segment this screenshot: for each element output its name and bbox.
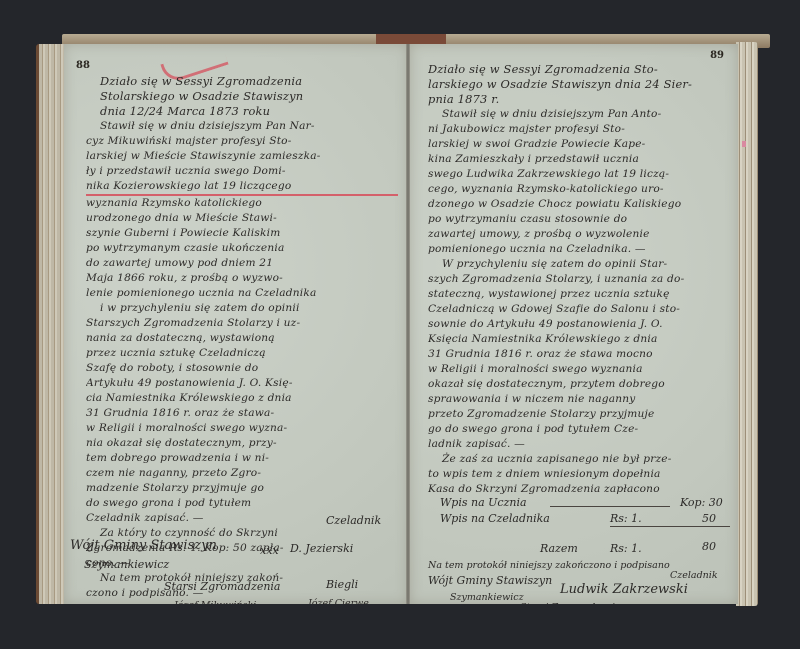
left-text-line: Artykułu 49 postanowienia J. O. Księ- (86, 376, 398, 391)
witness-signature-1: Józef Cierwe... (308, 598, 378, 604)
right-text-line: 31 Grudnia 1816 r. oraz że stawa mocno (428, 347, 728, 362)
wojt-signature-right: Wójt Gminy Stawiszyn (428, 574, 552, 587)
right-text-line: W przychyleniu się zatem do opinii Star- (428, 257, 728, 272)
left-text-line: i w przychyleniu się zatem do opinii (86, 301, 398, 316)
left-text-line: dnia 12/24 Marca 1873 roku (86, 104, 398, 119)
right-page-stack (736, 42, 758, 606)
page-tab-marker (742, 141, 746, 147)
fee-amount-total: 80 (702, 540, 716, 553)
left-text-line: 31 Grudnia 1816 r. oraz że stawa- (86, 406, 398, 421)
right-text-line: przeto Zgromadzenie Stolarzy przyjmuje (428, 407, 728, 422)
right-text-line: szych Zgromadzenia Stolarzy, i uznania z… (428, 272, 728, 287)
left-text-line: po wytrzymanym czasie ukończenia (86, 241, 398, 256)
page-number-left: 88 (76, 60, 90, 71)
right-page: 89 Działo się w Sessyi Zgromadzenia Sto-… (410, 44, 738, 604)
fee-amount-apprentice: Kop: 30 (680, 496, 723, 509)
right-text-line: zawartej umowy, z prośbą o wyzwolenie (428, 227, 728, 242)
fee-rs-journeyman: Rs: 1. (610, 512, 642, 525)
right-text-line: Że zaś za ucznia zapisanego nie był prze… (428, 452, 728, 467)
right-text-line: kina Zamieszkały i przedstawił ucznia (428, 152, 728, 167)
right-text-line: larskiej w swoi Gradzie Powiecie Kape- (428, 137, 728, 152)
left-text-line: w Religii i moralności swego wyzna- (86, 421, 398, 436)
left-text-line: larskiej w Mieście Stawiszynie zamieszka… (86, 149, 398, 164)
left-text-line: do swego grona i pod tytułem (86, 496, 398, 511)
czeladnik-signature-right: Ludwik Zakrzewski (560, 582, 688, 597)
right-text-line: Działo się w Sessyi Zgromadzenia Sto- (428, 62, 728, 77)
left-text-line: lenie pomienionego ucznia na Czeladnika (86, 286, 398, 301)
left-text-line: Działo się w Sessyi Zgromadzenia (86, 74, 398, 89)
left-text-line: nika Kozierowskiego lat 19 liczącego (86, 179, 398, 196)
wojt-title-left: Szymankiewicz (84, 558, 169, 571)
left-text-line: nania za dostateczną, wystawioną (86, 331, 398, 346)
left-text-line: Stolarskiego w Osadzie Stawiszyn (86, 89, 398, 104)
right-text-line: swego Ludwika Zakrzewskiego lat 19 liczą… (428, 167, 728, 182)
fee-amount-journeyman: 50 (702, 512, 716, 525)
closing-statement-right: Na tem protokół niniejszy zakończono i p… (428, 560, 670, 571)
left-text-line: urodzonego dnia w Mieście Stawi- (86, 211, 398, 226)
right-text-line: sprawowania i w niczem nie naganny (428, 392, 728, 407)
right-page-text: Działo się w Sessyi Zgromadzenia Sto-lar… (428, 62, 728, 497)
left-text-line: przez ucznia sztukę Czeladniczą (86, 346, 398, 361)
left-text-line: tem dobrego prowadzenia i w ni- (86, 451, 398, 466)
right-text-line: stateczną, wystawionej przez ucznia sztu… (428, 287, 728, 302)
right-text-line: pnia 1873 r. (428, 92, 728, 107)
right-text-line: Stawił się w dniu dzisiejszym Pan Anto- (428, 107, 728, 122)
left-text-line: szynie Guberni i Powiecie Kaliskim (86, 226, 398, 241)
left-text-line: wyznania Rzymsko katolickiego (86, 196, 398, 211)
right-text-line: to wpis tem z dniem wniesionym dopełnia (428, 467, 728, 482)
right-text-line: larskiego w Osadzie Stawiszyn dnia 24 Si… (428, 77, 728, 92)
witnesses-label-left: Biegli (326, 578, 358, 591)
right-text-line: dzonego w Osadzie Chocz powiatu Kaliskie… (428, 197, 728, 212)
right-text-line: go do swego grona i pod tytułem Cze- (428, 422, 728, 437)
czeladnik-label-left: Czeladnik (326, 514, 381, 527)
elders-label-right: Starsi Zgromadzenia (520, 602, 621, 604)
fee-rule-2 (610, 526, 730, 527)
left-text-line: cyz Mikuwiński majster profesyi Sto- (86, 134, 398, 149)
right-text-line: ladnik zapisać. — (428, 437, 728, 452)
left-text-line: cia Namiestnika Królewskiego z dnia (86, 391, 398, 406)
right-text-line: sownie do Artykułu 49 postanowienia J. O… (428, 317, 728, 332)
page-number-right: 89 (710, 50, 724, 61)
left-text-line: do zawartej umowy pod dniem 21 (86, 256, 398, 271)
fee-label-journeyman: Wpis na Czeladnika (440, 512, 550, 525)
right-text-line: w Religii i moralności swego wyznania (428, 362, 728, 377)
fee-rs-total: Rs: 1. (610, 542, 642, 555)
right-text-line: Księcia Namiestnika Królewskiego z dnia (428, 332, 728, 347)
right-text-line: pomienionego ucznia na Czeladnika. — (428, 242, 728, 257)
right-text-line: Kasa do Skrzyni Zgromadzenia zapłacono (428, 482, 728, 497)
left-text-line: madzenie Stolarzy przyjmuje go (86, 481, 398, 496)
right-text-line: ni Jakubowicz majster profesyi Sto- (428, 122, 728, 137)
wojt-name-left: D. Jezierski (290, 542, 353, 555)
elder-signature-1: Józef Mikuwiński (174, 600, 256, 604)
right-text-line: po wytrzymaniu czasu stosownie do (428, 212, 728, 227)
right-text-line: Czeladniczą w Gdowej Szafie do Salonu i … (428, 302, 728, 317)
left-text-line: ły i przedstawił ucznia swego Domi- (86, 164, 398, 179)
fee-label-total: Razem (540, 542, 578, 555)
open-register-book: 88 Działo się w Sessyi ZgromadzeniaStola… (36, 34, 752, 612)
left-text-line: czem nie naganny, przeto Zgro- (86, 466, 398, 481)
elders-label-left: Starsi Zgromadzenia (164, 580, 281, 593)
left-text-line: Starszych Zgromadzenia Stolarzy i uz- (86, 316, 398, 331)
left-text-line: Maja 1866 roku, z prośbą o wyzwo- (86, 271, 398, 286)
left-text-line: nia okazał się dostatecznym, przy- (86, 436, 398, 451)
left-text-line: Szafę do roboty, i stosownie do (86, 361, 398, 376)
left-text-line: Stawił się w dniu dzisiejszym Pan Nar- (86, 119, 398, 134)
wojt-title-right: Szymankiewicz (450, 592, 524, 603)
cross-marks: xxx (260, 544, 279, 557)
fee-rule-1 (550, 506, 670, 507)
fee-label-apprentice: Wpis na Ucznia (440, 496, 527, 509)
right-text-line: okazał się dostatecznym, przytem dobrego (428, 377, 728, 392)
left-page: 88 Działo się w Sessyi ZgromadzeniaStola… (64, 44, 408, 604)
czeladnik-label-right: Czeladnik (670, 570, 718, 581)
wojt-signature-left: Wójt Gminy Stawiszyn (70, 538, 217, 553)
right-text-line: cego, wyznania Rzymsko-katolickiego uro- (428, 182, 728, 197)
